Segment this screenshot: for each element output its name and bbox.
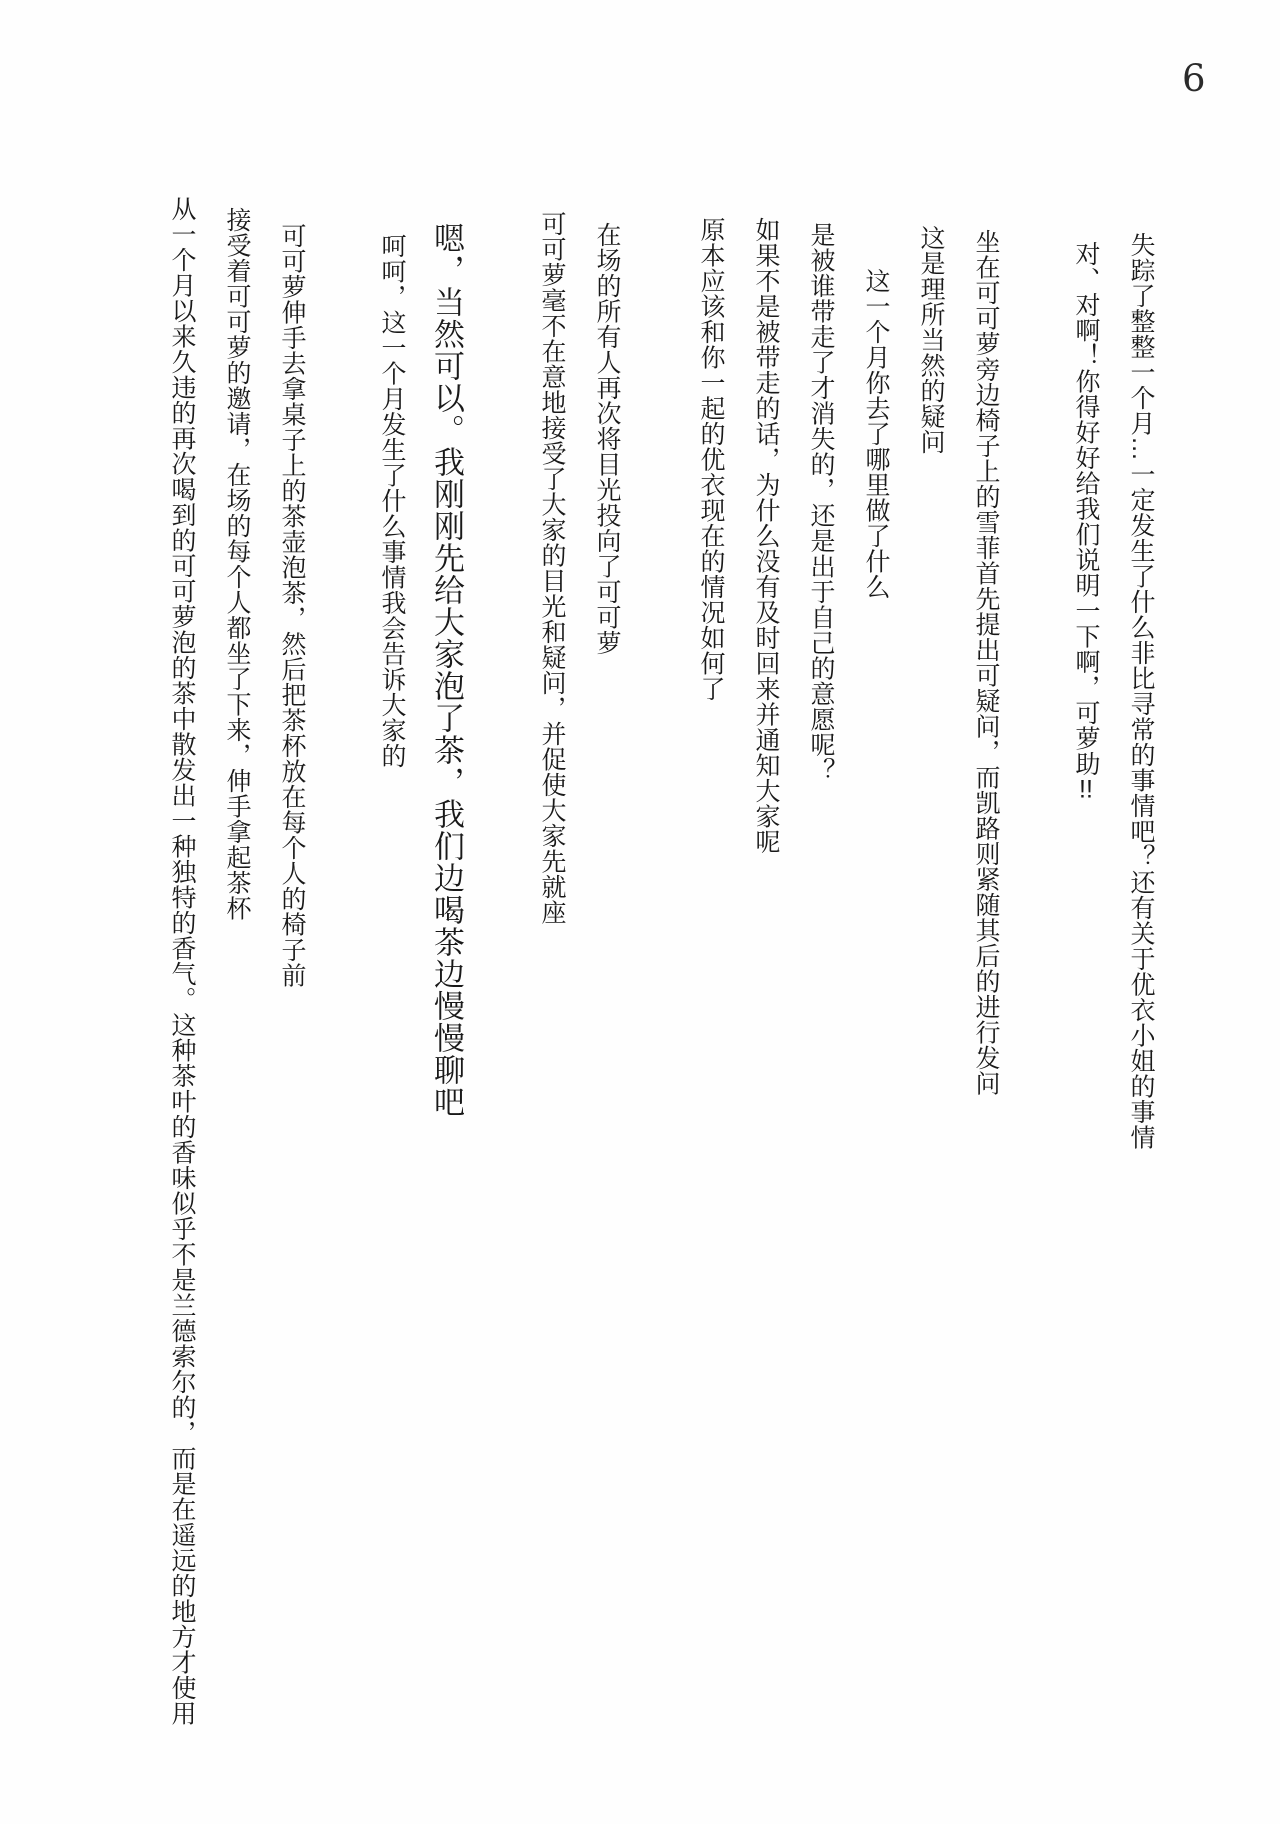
text-column: 原本应该和你一起的优衣现在的情况如何了 <box>683 196 738 1756</box>
text-column: 在场的所有人再次将目光投向了可可萝 <box>579 196 634 1756</box>
text-column: 嗯，当然可以。我刚刚先给大家泡了茶，我们边喝茶边慢慢聊吧 <box>419 196 474 1756</box>
text-column: 对、对啊！你得好好给我们说明一下啊，可萝助!! <box>1058 196 1113 1756</box>
text-column: 呵呵，这一个月发生了什么事情我会告诉大家的 <box>364 196 419 1756</box>
text-column: 失踪了整整一个月…一定发生了什么非比寻常的事情吧？还有关于优衣小姐的事情 <box>1113 196 1168 1756</box>
text-column: 可可萝毫不在意地接受了大家的目光和疑问，并促使大家先就座 <box>524 196 579 1756</box>
text-column: 这一个月你去了哪里做了什么 <box>848 196 903 1756</box>
text-column: 坐在可可萝旁边椅子上的雪菲首先提出可疑问，而凯路则紧随其后的进行发问 <box>958 196 1013 1756</box>
text-column: 这是理所当然的疑问 <box>903 196 958 1756</box>
book-page: 6 失踪了整整一个月…一定发生了什么非比寻常的事情吧？还有关于优衣小姐的事情对、… <box>0 0 1280 1824</box>
text-column: 从一个月以来久违的再次喝到的可可萝泡的茶中散发出一种独特的香气。这种茶叶的香味似… <box>154 196 209 1756</box>
vertical-text-block: 失踪了整整一个月…一定发生了什么非比寻常的事情吧？还有关于优衣小姐的事情对、对啊… <box>154 196 1168 1756</box>
page-number: 6 <box>1182 60 1206 97</box>
double-exclamation: !! <box>1072 777 1100 802</box>
text-column: 接受着可可萝的邀请，在场的每个人都坐了下来，伸手拿起茶杯 <box>209 196 264 1756</box>
text-column: 如果不是被带走的话，为什么没有及时回来并通知大家呢 <box>738 196 793 1756</box>
text-column: 是被谁带走了才消失的，还是出于自己的意愿呢？ <box>793 196 848 1756</box>
text-column: 可可萝伸手去拿桌子上的茶壶泡茶，然后把茶杯放在每个人的椅子前 <box>264 196 319 1756</box>
